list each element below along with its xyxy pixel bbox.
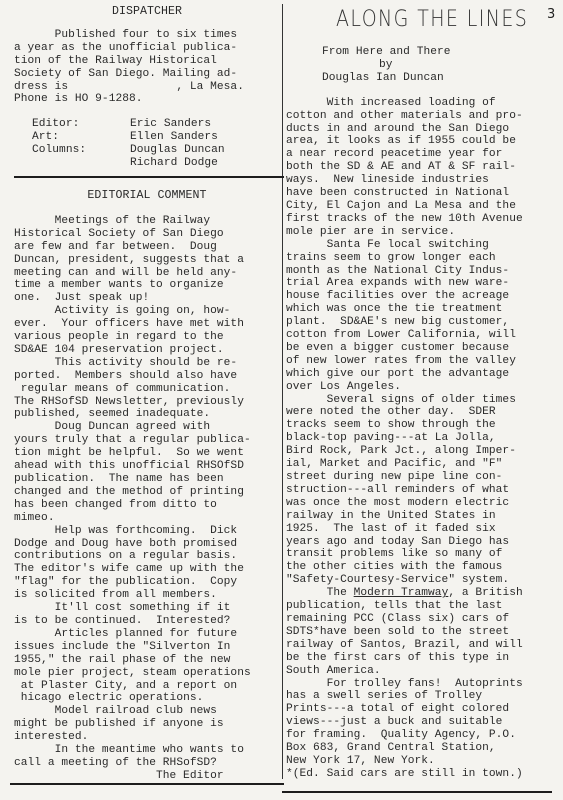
- column-flag-title: ALONG THE LINES: [336, 6, 528, 31]
- article-text-prefix: The: [286, 587, 354, 599]
- bottom-divider: [10, 783, 284, 785]
- staff-names: Ellen Sanders: [130, 131, 280, 144]
- masthead-title: DISPATCHER: [14, 6, 280, 19]
- staff-list: Editor: Eric Sanders Art: Ellen Sanders …: [32, 118, 280, 170]
- staff-role: [32, 157, 130, 170]
- staff-row: Richard Dodge: [32, 157, 280, 170]
- editorial-title: EDITORIAL COMMENT: [14, 190, 280, 203]
- staff-row: Editor: Eric Sanders: [32, 118, 280, 131]
- bottom-divider: [282, 791, 552, 793]
- publication-title: Modern Tramway: [354, 587, 449, 599]
- staff-role: Editor:: [32, 118, 130, 131]
- page-number: 3: [547, 7, 555, 22]
- article-text-continued: The Modern Tramway, a British publicatio…: [286, 587, 556, 781]
- section-divider: [14, 176, 284, 178]
- editorial-text: Meetings of the Railway Historical Socie…: [14, 215, 280, 770]
- column-subtitle: From Here and There: [322, 46, 556, 59]
- staff-role: Art:: [32, 131, 130, 144]
- article-text: With increased loading of cotton and oth…: [286, 97, 556, 587]
- staff-row: Columns: Douglas Duncan: [32, 144, 280, 157]
- staff-row: Art: Ellen Sanders: [32, 131, 280, 144]
- staff-names: Douglas Duncan: [130, 144, 280, 157]
- newsletter-page: DISPATCHER Published four to six times a…: [0, 0, 563, 800]
- editorial-signature: The Editor: [156, 770, 280, 783]
- byline-author: Douglas Ian Duncan: [322, 72, 556, 85]
- column-body: From Here and There by Douglas Ian Dunca…: [286, 46, 556, 793]
- left-column: DISPATCHER Published four to six times a…: [14, 0, 280, 785]
- staff-role: Columns:: [32, 144, 130, 157]
- column-divider: [282, 4, 283, 779]
- staff-names: Eric Sanders: [130, 118, 280, 131]
- article-text-rest: , a British publication, tells that the …: [286, 587, 523, 780]
- masthead-text: Published four to six times a year as th…: [14, 29, 280, 106]
- byline-by: by: [379, 59, 556, 72]
- staff-names: Richard Dodge: [130, 157, 280, 170]
